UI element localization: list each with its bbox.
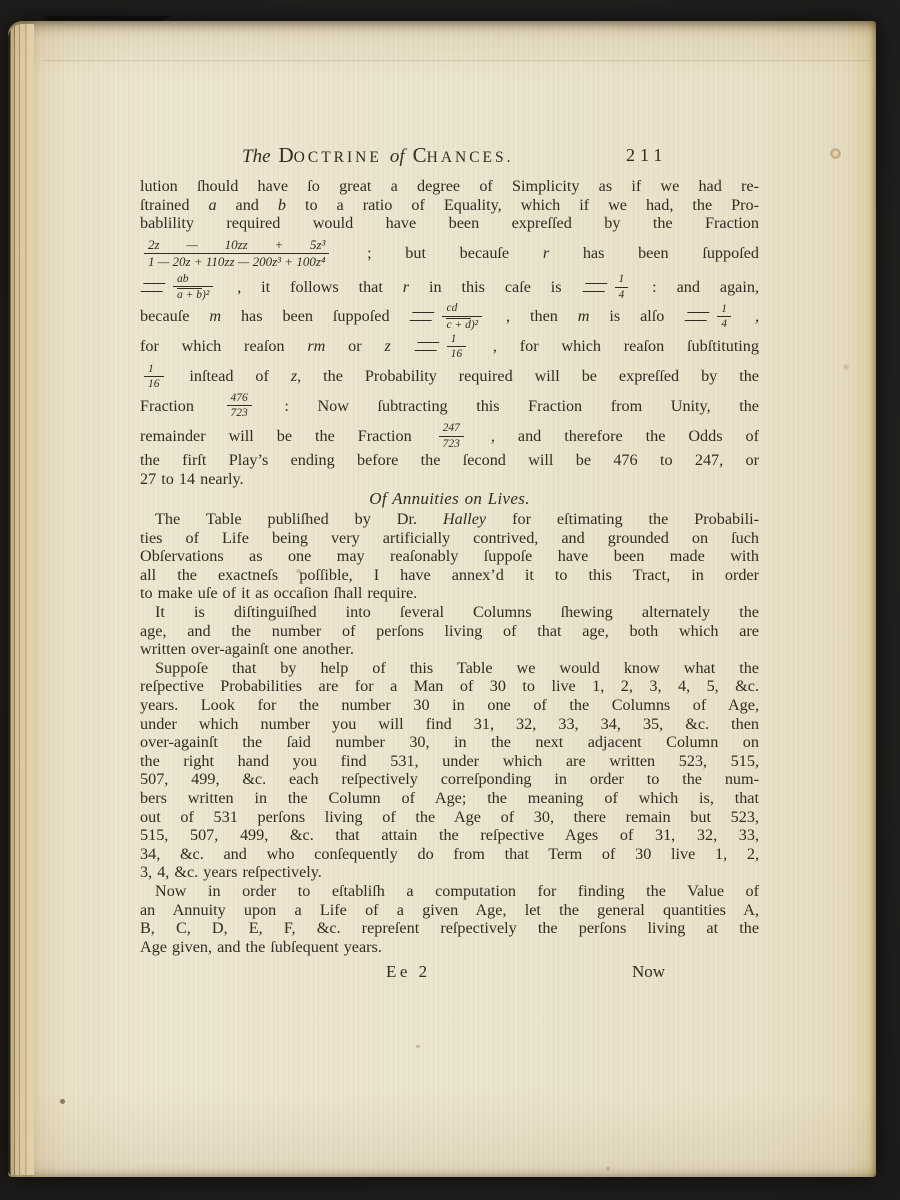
title-part: CHANCES. <box>413 149 514 166</box>
title-part: The <box>242 146 271 167</box>
text-line: bers written in the Column of Age; the m… <box>140 789 759 808</box>
text-line: Age given, and the ſubſequent years. <box>140 938 759 957</box>
foxing-spot <box>606 1167 610 1171</box>
document-scan: TheDOCTRINEofCHANCES. 211 lution ſhould … <box>0 0 900 1200</box>
fraction: 476723 <box>227 392 252 420</box>
title-part: of <box>390 146 405 167</box>
catchword: Now <box>632 962 665 982</box>
text-line: written over-againſt one another. <box>140 640 759 659</box>
text-line: aba + b)² , it follows that r in this ca… <box>140 273 759 303</box>
text-line: the firſt Play’s ending before the ſecon… <box>140 451 759 470</box>
foxing-spot <box>416 1045 420 1048</box>
text-line: the right hand you find 531, under which… <box>140 752 759 771</box>
text-line: for which reaſon rm or z 116 , for which… <box>140 332 759 361</box>
page-footer: Ee 2 Now <box>140 962 759 988</box>
page-edge-stripes <box>8 24 34 1175</box>
page-header: TheDOCTRINEofCHANCES. 211 <box>140 143 759 171</box>
text-line: age, and the number of perſons living of… <box>140 622 759 641</box>
foxing-spot <box>842 363 850 371</box>
equals-sign <box>685 312 710 321</box>
text-line: all the exactneſs poſſible, I have annex… <box>140 566 759 585</box>
title-part: DOCTRINE <box>279 149 382 166</box>
equals-sign <box>582 283 607 292</box>
text-line: lution ſhould have ſo great a degree of … <box>140 177 759 196</box>
section-heading: Of Annuities on Lives. <box>140 488 759 510</box>
fraction: 116 <box>447 333 467 361</box>
text-line: years. Look for the number 30 in one of … <box>140 696 759 715</box>
equals-sign <box>414 342 439 351</box>
text-line: Now in order to eſtabliſh a computation … <box>140 882 759 901</box>
text-line: under which number you will find 31, 32,… <box>140 715 759 734</box>
book-page: TheDOCTRINEofCHANCES. 211 lution ſhould … <box>8 21 876 1177</box>
text-line: B, C, D, E, F, &c. repreſent reſpectivel… <box>140 919 759 938</box>
text-line: to make uſe of it as occaſion ſhall requ… <box>140 584 759 603</box>
text-line: 27 to 14 nearly. <box>140 470 759 489</box>
running-title: TheDOCTRINEofCHANCES. <box>242 143 522 168</box>
fraction: cdc + d)² <box>442 302 482 331</box>
text-line: The Table publiſhed by Dr. Halley for eſ… <box>140 510 759 529</box>
text-line: Fraction 476723 : Now ſubtracting this F… <box>140 392 759 421</box>
text-line: ties of Life being very artificially con… <box>140 529 759 548</box>
equals-sign <box>410 312 435 321</box>
text-line: It is diſtinguiſhed into ſeveral Columns… <box>140 603 759 622</box>
text-line: ſtrained a and b to a ratio of Equality,… <box>140 196 759 215</box>
text-line: 34, &c. and who conſequently do from tha… <box>140 845 759 864</box>
page-number: 211 <box>626 145 667 166</box>
text-line: over-againſt the ſaid number 30, in the … <box>140 733 759 752</box>
text-line: 515, 507, 499, &c. that attain the reſpe… <box>140 826 759 845</box>
text-line: Obſervations as one may reaſonably ſuppo… <box>140 547 759 566</box>
text-line: bablility required would have been expre… <box>140 214 759 233</box>
text-line: an Annuity upon a Life of a given Age, l… <box>140 901 759 920</box>
paper-crease <box>42 60 870 62</box>
foxing-spot <box>60 1099 65 1104</box>
fraction: aba + b)² <box>173 273 213 302</box>
text-line: 2z — 10zz + 5z³1 — 20z + 110zz — 200z³ +… <box>140 233 759 273</box>
text-line: reſpective Probabilities are for a Man o… <box>140 677 759 696</box>
signature-mark: Ee 2 <box>386 962 431 982</box>
equals-sign <box>141 283 166 292</box>
fraction: 2z — 10zz + 5z³1 — 20z + 110zz — 200z³ +… <box>144 238 329 269</box>
text-line: 507, 499, &c. each reſpectively correſpo… <box>140 770 759 789</box>
text-line: out of 531 perſons living of the Age of … <box>140 808 759 827</box>
fraction: 247723 <box>439 422 464 450</box>
text-line: 3, 4, &c. years reſpectively. <box>140 863 759 882</box>
foxing-spot <box>830 148 841 159</box>
fraction: 14 <box>717 303 731 331</box>
fraction: 116 <box>144 363 164 391</box>
text-line: 116 inſtead of z, the Probability requir… <box>140 361 759 391</box>
text-block: lution ſhould have ſo great a degree of … <box>140 177 759 956</box>
text-line: Suppoſe that by help of this Table we wo… <box>140 659 759 678</box>
text-line: becauſe m has been ſuppoſed cdc + d)² , … <box>140 302 759 332</box>
fraction: 14 <box>615 273 629 301</box>
text-line: remainder will be the Fraction 247723 , … <box>140 421 759 451</box>
